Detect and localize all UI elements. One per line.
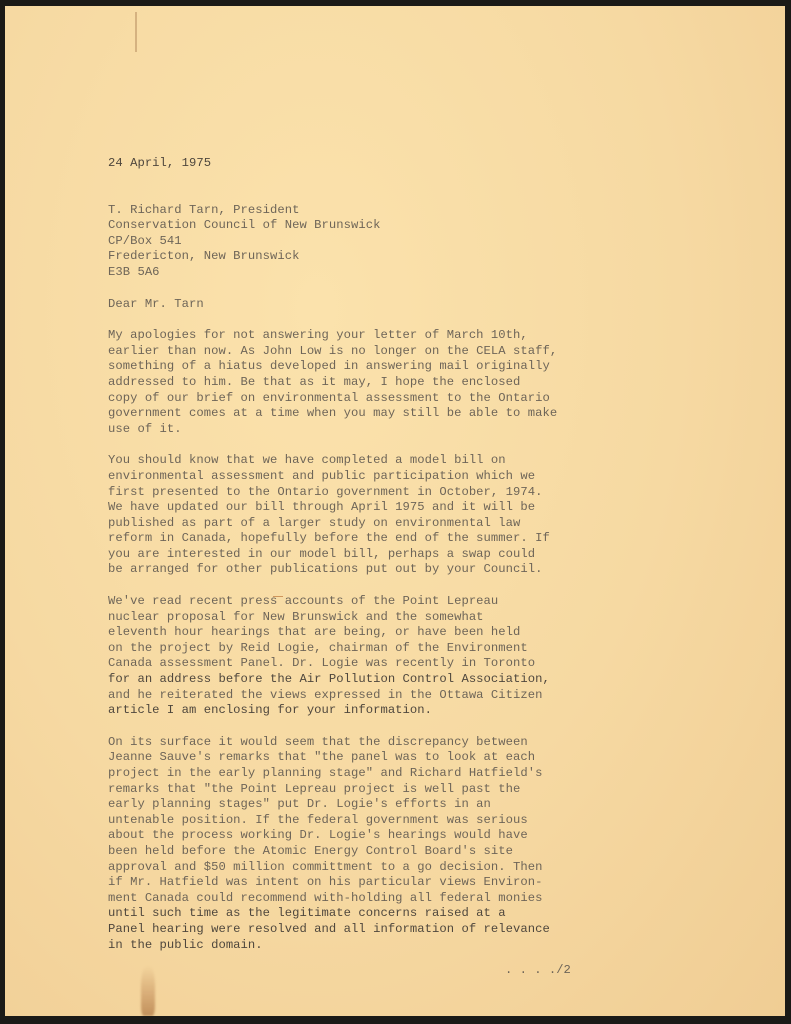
- text-line: We have updated our bill through April 1…: [108, 500, 608, 516]
- text-line: about the process working Dr. Logie's he…: [108, 828, 608, 844]
- salutation: Dear Mr. Tarn: [108, 297, 608, 313]
- text-line: nuclear proposal for New Brunswick and t…: [108, 610, 608, 626]
- recipient-name: T. Richard Tarn, President: [108, 203, 608, 219]
- text-line: ment Canada could recommend with-holding…: [108, 891, 608, 907]
- text-line: early planning stages" put Dr. Logie's e…: [108, 797, 608, 813]
- text-line: if Mr. Hatfield was intent on his partic…: [108, 875, 608, 891]
- text-line: and he reiterated the views expressed in…: [108, 688, 608, 704]
- text-line: in the public domain.: [108, 938, 608, 954]
- text-line: remarks that "the Point Lepreau project …: [108, 782, 608, 798]
- paragraph-model-bill: You should know that we have completed a…: [108, 453, 608, 578]
- letter-date: 24 April, 1975: [108, 156, 608, 172]
- recipient-box: CP/Box 541: [108, 234, 608, 250]
- paragraph-discrepancy: On its surface it would seem that the di…: [108, 735, 608, 953]
- text-line: project in the early planning stage" and…: [108, 766, 608, 782]
- text-line: On its surface it would seem that the di…: [108, 735, 608, 751]
- text-line: untenable position. If the federal gover…: [108, 813, 608, 829]
- text-line: until such time as the legitimate concer…: [108, 906, 608, 922]
- paragraph-apologies: My apologies for not answering your lett…: [108, 328, 608, 437]
- text-line: published as part of a larger study on e…: [108, 516, 608, 532]
- text-line: use of it.: [108, 422, 608, 438]
- page-continuation-marker: . . . ./2: [505, 963, 571, 977]
- text-line: eleventh hour hearings that are being, o…: [108, 625, 608, 641]
- text-line: copy of our brief on environmental asses…: [108, 391, 608, 407]
- text-line: addressed to him. Be that as it may, I h…: [108, 375, 608, 391]
- text-line: something of a hiatus developed in answe…: [108, 359, 608, 375]
- text-line: We've read recent press accounts of the …: [108, 594, 608, 610]
- text-line: Panel hearing were resolved and all info…: [108, 922, 608, 938]
- text-line: My apologies for not answering your lett…: [108, 328, 608, 344]
- text-line: approval and $50 million committment to …: [108, 860, 608, 876]
- recipient-organization: Conservation Council of New Brunswick: [108, 218, 608, 234]
- paper-crease: [135, 12, 137, 52]
- text-line: environmental assessment and public part…: [108, 469, 608, 485]
- recipient-address: T. Richard Tarn, President Conservation …: [108, 203, 608, 281]
- text-line: government comes at a time when you may …: [108, 406, 608, 422]
- letter-body: 24 April, 1975 T. Richard Tarn, Presiden…: [108, 156, 608, 969]
- text-line: Canada assessment Panel. Dr. Logie was r…: [108, 656, 608, 672]
- text-line: you are interested in our model bill, pe…: [108, 547, 608, 563]
- text-line: Jeanne Sauve's remarks that "the panel w…: [108, 750, 608, 766]
- text-line: been held before the Atomic Energy Contr…: [108, 844, 608, 860]
- text-line: for an address before the Air Pollution …: [108, 672, 608, 688]
- text-line: earlier than now. As John Low is no long…: [108, 344, 608, 360]
- text-line: You should know that we have completed a…: [108, 453, 608, 469]
- text-line: be arranged for other publications put o…: [108, 562, 608, 578]
- water-stain: [141, 966, 155, 1016]
- text-line: reform in Canada, hopefully before the e…: [108, 531, 608, 547]
- text-line: first presented to the Ontario governmen…: [108, 485, 608, 501]
- recipient-city: Fredericton, New Brunswick: [108, 249, 608, 265]
- text-line: article I am enclosing for your informat…: [108, 703, 608, 719]
- recipient-postal-code: E3B 5A6: [108, 265, 608, 281]
- text-line: on the project by Reid Logie, chairman o…: [108, 641, 608, 657]
- paragraph-point-lepreau: We've read recent press accounts of the …: [108, 594, 608, 719]
